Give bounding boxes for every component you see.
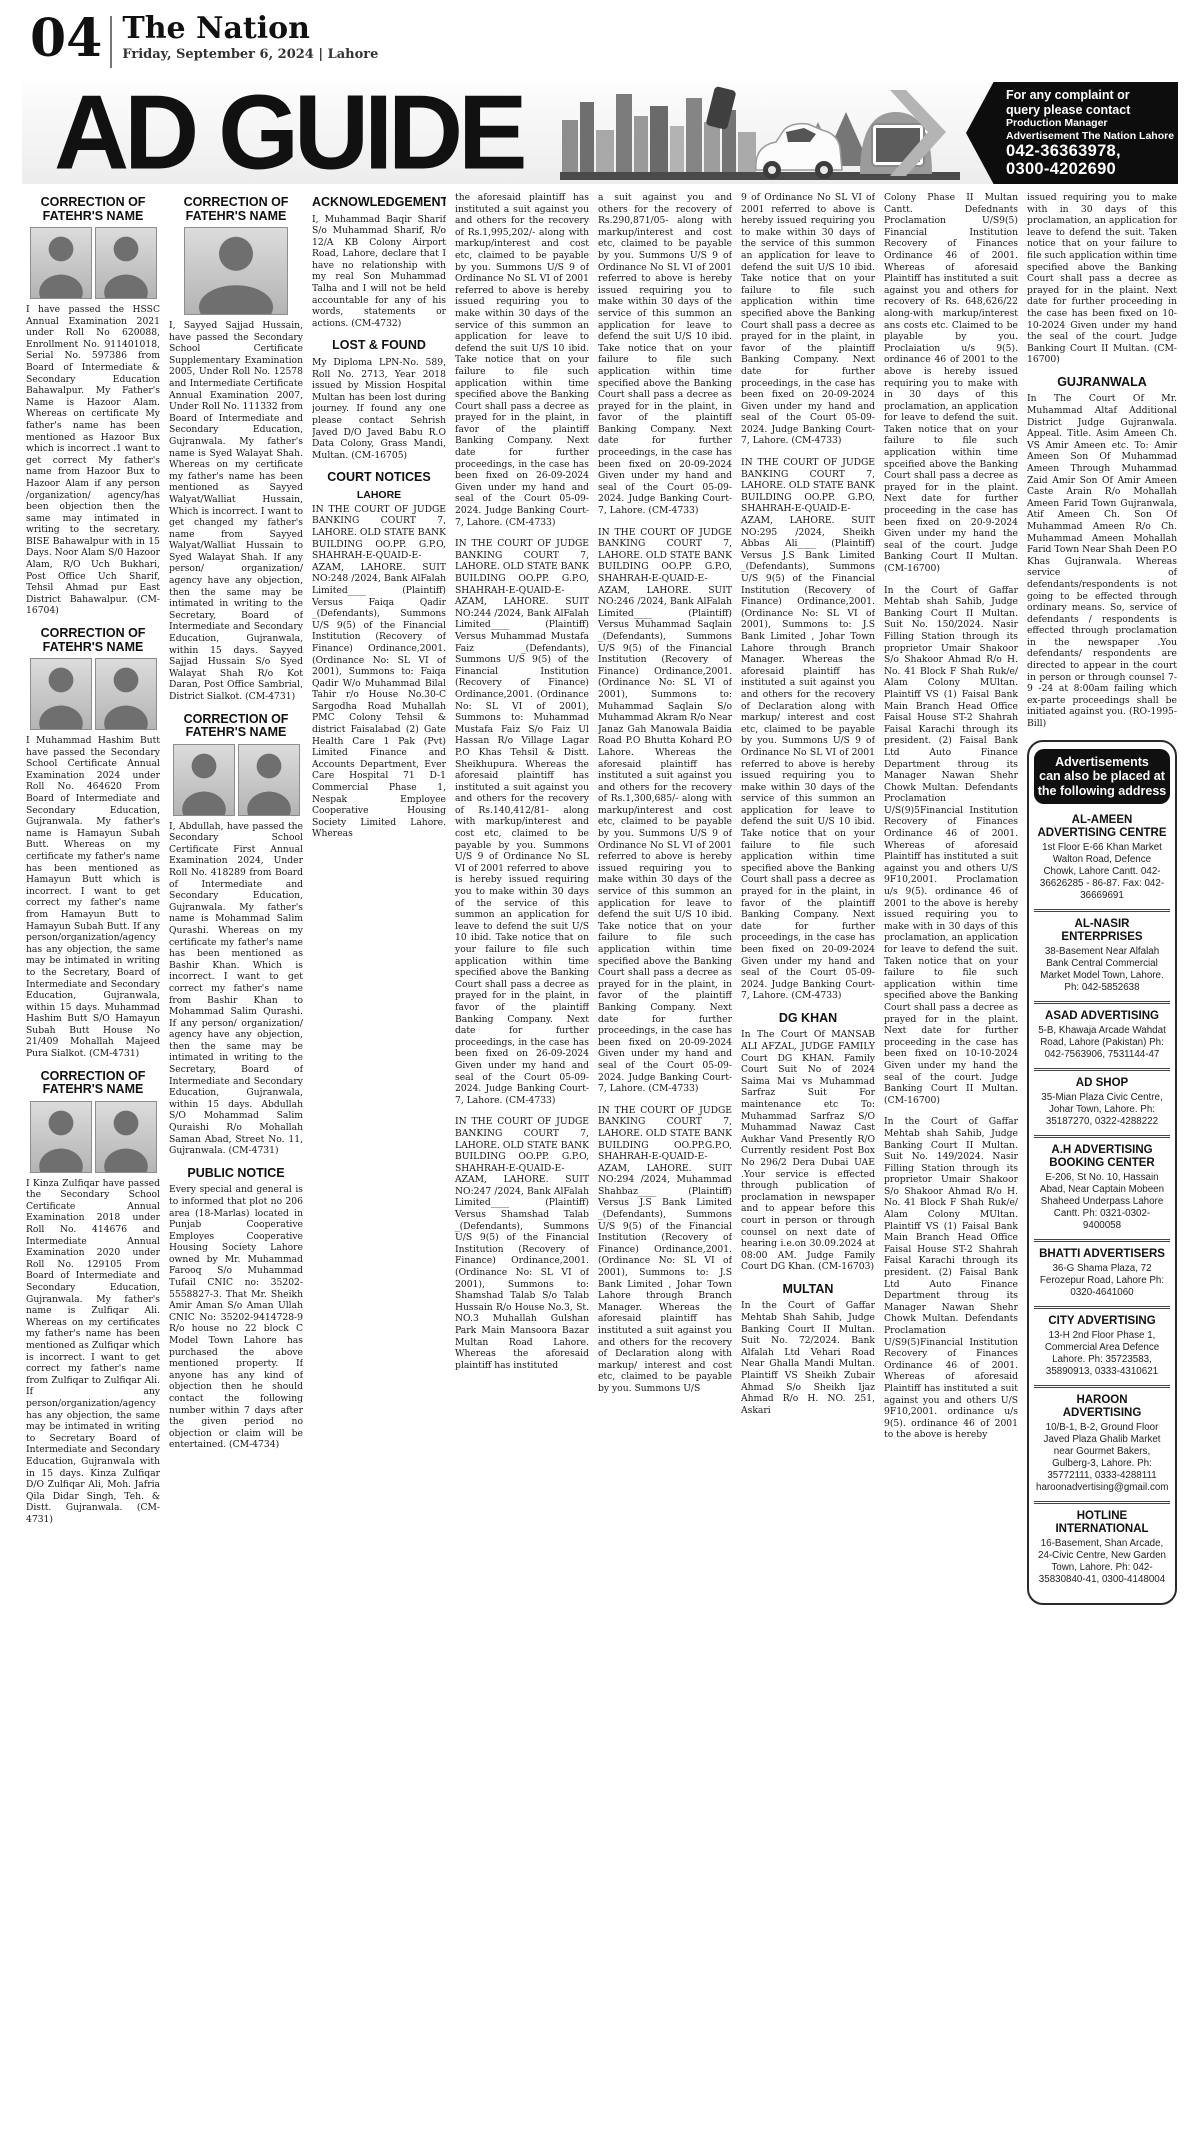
rail-header-line: Advertisements bbox=[1036, 755, 1168, 770]
ad-guide-banner: AD GUIDE For any complaint or query plea… bbox=[22, 82, 1178, 184]
advertiser-address: E-206, St No. 10, Hassain Abad, Near Cap… bbox=[1036, 1172, 1168, 1232]
advertiser-entry: AL-AMEEN ADVERTISING CENTRE1st Floor E-6… bbox=[1034, 808, 1170, 909]
ad-section-header: GUJRANWALA bbox=[1027, 376, 1177, 390]
portrait-photo bbox=[95, 658, 157, 730]
cityscape-illustration bbox=[560, 82, 960, 184]
ad-body-text: 9 of Ordinance No SL VI of 2001 referred… bbox=[741, 192, 875, 447]
photo-row bbox=[26, 658, 160, 730]
court-notice: IN THE COURT OF JUDGE BANKING COURT 7, L… bbox=[455, 538, 589, 1106]
classified-ad: CORRECTION OF FATEHR'S NAMEI, Sayyed Saj… bbox=[169, 196, 303, 703]
ad-section-header: DG KHAN bbox=[741, 1012, 875, 1026]
advertiser-address: 13-H 2nd Floor Phase 1, Commercial Area … bbox=[1036, 1330, 1168, 1378]
portrait-photo bbox=[30, 227, 92, 299]
ad-section-header: CORRECTION OF FATEHR'S NAME bbox=[26, 196, 160, 223]
page-number: 04 bbox=[30, 12, 102, 66]
ad-section-header: CORRECTION OF FATEHR'S NAME bbox=[26, 1070, 160, 1097]
classified-ad: CORRECTION OF FATEHR'S NAMEI, Abdullah, … bbox=[169, 713, 303, 1157]
contact-line: For any complaint or bbox=[1006, 88, 1178, 103]
ad-body-text: I Kinza Zulfiqar have passed the Seconda… bbox=[26, 1178, 160, 1526]
photo-row bbox=[169, 744, 303, 816]
portrait-photo bbox=[184, 227, 288, 315]
photo-row bbox=[169, 227, 303, 315]
news-column: the aforesaid plaintiff has instituted a… bbox=[455, 192, 589, 2127]
ad-body-text: In The Court Of MANSAB ALI AFZAL, JUDGE … bbox=[741, 1029, 875, 1272]
advertiser-name: CITY ADVERTISING bbox=[1036, 1315, 1168, 1328]
advertiser-name: A.H ADVERTISING BOOKING CENTER bbox=[1036, 1144, 1168, 1170]
advertiser-address: 35-Mian Plaza Civic Centre, Johar Town, … bbox=[1036, 1092, 1168, 1128]
contact-line: query please contact bbox=[1006, 103, 1178, 118]
photo-row bbox=[26, 1101, 160, 1173]
contact-line: Advertisement The Nation Lahore bbox=[1006, 130, 1178, 143]
news-column: CORRECTION OF FATEHR'S NAMEI, Sayyed Saj… bbox=[169, 192, 303, 2127]
advertiser-entry: AL-NASIR ENTERPRISES38-Basement Near Alf… bbox=[1034, 909, 1170, 1001]
news-column: CORRECTION OF FATEHR'S NAMEI have passed… bbox=[26, 192, 160, 2127]
classified-ad: COURT NOTICESLAHOREIN THE COURT OF JUDGE… bbox=[312, 471, 446, 840]
ad-body-text: IN THE COURT OF JUDGE BANKING COURT 7, L… bbox=[598, 1105, 732, 1395]
ad-body-text: IN THE COURT OF JUDGE BANKING COURT 7, L… bbox=[598, 527, 732, 1095]
ad-body-text: In the Court of Gaffar Mehtab shah Sahib… bbox=[884, 585, 1018, 1107]
court-notice: 9 of Ordinance No SL VI of 2001 referred… bbox=[741, 192, 875, 447]
photo-row bbox=[26, 227, 160, 299]
advertiser-entry: ASAD ADVERTISING5-B, Khawaja Arcade Wahd… bbox=[1034, 1001, 1170, 1068]
classified-ad: PUBLIC NOTICEEvery special and general i… bbox=[169, 1167, 303, 1451]
portrait-photo bbox=[95, 227, 157, 299]
court-notice: In the Court of Gaffar Mehtab shah Sahib… bbox=[884, 585, 1018, 1107]
court-notice: IN THE COURT OF JUDGE BANKING COURT 7, L… bbox=[598, 527, 732, 1095]
rail-header-line: the following address bbox=[1036, 784, 1168, 799]
advertiser-entry: AD SHOP35-Mian Plaza Civic Centre, Johar… bbox=[1034, 1068, 1170, 1135]
ad-body-text: In The Court Of Mr. Muhammad Altaf Addit… bbox=[1027, 393, 1177, 729]
rail-column: issued requiring you to make with in 30 … bbox=[1027, 192, 1177, 2127]
court-notice: issued requiring you to make with in 30 … bbox=[1027, 192, 1177, 366]
court-notice: IN THE COURT OF JUDGE BANKING COURT 7, L… bbox=[598, 1105, 732, 1395]
complaint-contact-box: For any complaint or query please contac… bbox=[966, 82, 1178, 184]
portrait-photo bbox=[30, 658, 92, 730]
classified-ad: CORRECTION OF FATEHR'S NAMEI Muhammad Ha… bbox=[26, 627, 160, 1060]
portrait-photo bbox=[30, 1101, 92, 1173]
ad-section-header: CORRECTION OF FATEHR'S NAME bbox=[26, 627, 160, 654]
ad-body-text: I, Sayyed Sajjad Hussain, have passed th… bbox=[169, 320, 303, 703]
advertiser-name: HAROON ADVERTISING bbox=[1036, 1394, 1168, 1420]
ad-section-header: ACKNOWLEDGEMENT bbox=[312, 196, 446, 210]
court-notice: IN THE COURT OF JUDGE BANKING COURT 7, L… bbox=[455, 1116, 589, 1371]
ad-body-text: Colony Phase II Multan Cantt. Defednants… bbox=[884, 192, 1018, 575]
contact-line: Production Manager bbox=[1006, 117, 1178, 130]
news-column: ACKNOWLEDGEMENTI, Muhammad Baqir Sharif … bbox=[312, 192, 446, 2127]
contact-phone: 0300-4202690 bbox=[1006, 160, 1178, 178]
court-notice: the aforesaid plaintiff has instituted a… bbox=[455, 192, 589, 528]
ad-body-text: issued requiring you to make with in 30 … bbox=[1027, 192, 1177, 366]
ad-section-header: CORRECTION OF FATEHR'S NAME bbox=[169, 196, 303, 223]
advertiser-address: 1st Floor E-66 Khan Market Walton Road, … bbox=[1036, 842, 1168, 902]
court-notice: In the Court of Gaffar Mehtab shah Sahib… bbox=[884, 1116, 1018, 1441]
masthead: 04 The Nation Friday, September 6, 2024 … bbox=[0, 0, 1200, 80]
advertiser-address: 10/B-1, B-2, Ground Floor Javed Plaza Gh… bbox=[1036, 1422, 1168, 1494]
news-column: a suit against you and others for the re… bbox=[598, 192, 732, 2127]
classified-ad: GUJRANWALAIn The Court Of Mr. Muhammad A… bbox=[1027, 376, 1177, 730]
ad-body-text: the aforesaid plaintiff has instituted a… bbox=[455, 192, 589, 528]
advertiser-directory-header: Advertisements can also be placed at the… bbox=[1034, 749, 1170, 805]
ad-body-text: IN THE COURT OF JUDGE BANKING COURT 7, L… bbox=[455, 538, 589, 1106]
advertiser-address: 16-Basement, Shan Arcade, 24-Civic Centr… bbox=[1036, 1538, 1168, 1586]
contact-phone: 042-36363978, bbox=[1006, 142, 1178, 160]
advertiser-name: AL-AMEEN ADVERTISING CENTRE bbox=[1036, 814, 1168, 840]
portrait-photo bbox=[173, 744, 235, 816]
advertiser-name: BHATTI ADVERTISERS bbox=[1036, 1248, 1168, 1261]
advertiser-name: ASAD ADVERTISING bbox=[1036, 1010, 1168, 1023]
classified-ad: MULTANIn the Court of Gaffar Mehtab Shah… bbox=[741, 1283, 875, 1416]
ad-section-header: COURT NOTICES bbox=[312, 471, 446, 485]
classified-ad: LOST & FOUNDMy Diploma LPN-No. 589, Roll… bbox=[312, 339, 446, 461]
classified-ad: CORRECTION OF FATEHR'S NAMEI have passed… bbox=[26, 196, 160, 617]
ad-body-text: a suit against you and others for the re… bbox=[598, 192, 732, 517]
advertiser-entry: BHATTI ADVERTISERS36-G Shama Plaza, 72 F… bbox=[1034, 1239, 1170, 1306]
classified-ad: DG KHANIn The Court Of MANSAB ALI AFZAL,… bbox=[741, 1012, 875, 1273]
classifieds-columns: CORRECTION OF FATEHR'S NAMEI have passed… bbox=[0, 184, 1200, 2127]
masthead-divider bbox=[110, 16, 112, 68]
advertiser-address: 36-G Shama Plaza, 72 Ferozepur Road, Lah… bbox=[1036, 1263, 1168, 1299]
advertiser-address: 5-B, Khawaja Arcade Wahdat Road, Lahore … bbox=[1036, 1025, 1168, 1061]
court-notice: Colony Phase II Multan Cantt. Defednants… bbox=[884, 192, 1018, 575]
ad-body-text: In the Court of Gaffar Mehtab shah Sahib… bbox=[884, 1116, 1018, 1441]
ad-section-header: LOST & FOUND bbox=[312, 339, 446, 353]
news-column: Colony Phase II Multan Cantt. Defednants… bbox=[884, 192, 1018, 2127]
ad-body-text: I have passed the HSSC Annual Examinatio… bbox=[26, 304, 160, 617]
rail-header-line: can also be placed at bbox=[1036, 769, 1168, 784]
advertiser-name: HOTLINE INTERNATIONAL bbox=[1036, 1510, 1168, 1536]
advertiser-name: AD SHOP bbox=[1036, 1077, 1168, 1090]
ad-body-text: My Diploma LPN-No. 589, Roll No. 2713, Y… bbox=[312, 357, 446, 461]
ad-section-header: PUBLIC NOTICE bbox=[169, 1167, 303, 1181]
ad-section-subheader: LAHORE bbox=[312, 489, 446, 501]
ad-body-text: IN THE COURT OF JUDGE BANKING COURT 7, L… bbox=[741, 457, 875, 1002]
advertiser-entry: CITY ADVERTISING13-H 2nd Floor Phase 1, … bbox=[1034, 1306, 1170, 1385]
ad-body-text: IN THE COURT OF JUDGE BANKING COURT 7, L… bbox=[455, 1116, 589, 1371]
portrait-photo bbox=[238, 744, 300, 816]
ad-body-text: I Muhammad Hashim Butt have passed the S… bbox=[26, 735, 160, 1060]
advertiser-name: AL-NASIR ENTERPRISES bbox=[1036, 918, 1168, 944]
ad-section-header: CORRECTION OF FATEHR'S NAME bbox=[169, 713, 303, 740]
court-notice: a suit against you and others for the re… bbox=[598, 192, 732, 517]
advertiser-entry: HAROON ADVERTISING10/B-1, B-2, Ground Fl… bbox=[1034, 1385, 1170, 1501]
advertiser-address: 38-Basement Near Alfalah Bank Central Co… bbox=[1036, 946, 1168, 994]
paper-title: The Nation bbox=[122, 14, 378, 44]
news-column: 9 of Ordinance No SL VI of 2001 referred… bbox=[741, 192, 875, 2127]
ad-body-text: In the Court of Gaffar Mehtab Shah Sahib… bbox=[741, 1300, 875, 1416]
date-line: Friday, September 6, 2024 | Lahore bbox=[122, 47, 378, 62]
advertiser-entry: A.H ADVERTISING BOOKING CENTERE-206, St … bbox=[1034, 1135, 1170, 1239]
advertiser-directory: Advertisements can also be placed at the… bbox=[1027, 740, 1177, 1606]
portrait-photo bbox=[95, 1101, 157, 1173]
court-notice: IN THE COURT OF JUDGE BANKING COURT 7, L… bbox=[741, 457, 875, 1002]
ad-body-text: IN THE COURT OF JUDGE BANKING COURT 7, L… bbox=[312, 504, 446, 840]
ad-body-text: I, Muhammad Baqir Sharif S/o Muhammad Sh… bbox=[312, 214, 446, 330]
classified-ad: ACKNOWLEDGEMENTI, Muhammad Baqir Sharif … bbox=[312, 196, 446, 329]
advertiser-entry: HOTLINE INTERNATIONAL16-Basement, Shan A… bbox=[1034, 1501, 1170, 1593]
ad-section-header: MULTAN bbox=[741, 1283, 875, 1297]
ad-body-text: Every special and general is to informed… bbox=[169, 1184, 303, 1451]
ad-body-text: I, Abdullah, have passed the Secondary S… bbox=[169, 821, 303, 1157]
section-title: AD GUIDE bbox=[54, 84, 522, 182]
classified-ad: CORRECTION OF FATEHR'S NAMEI Kinza Zulfi… bbox=[26, 1070, 160, 1526]
